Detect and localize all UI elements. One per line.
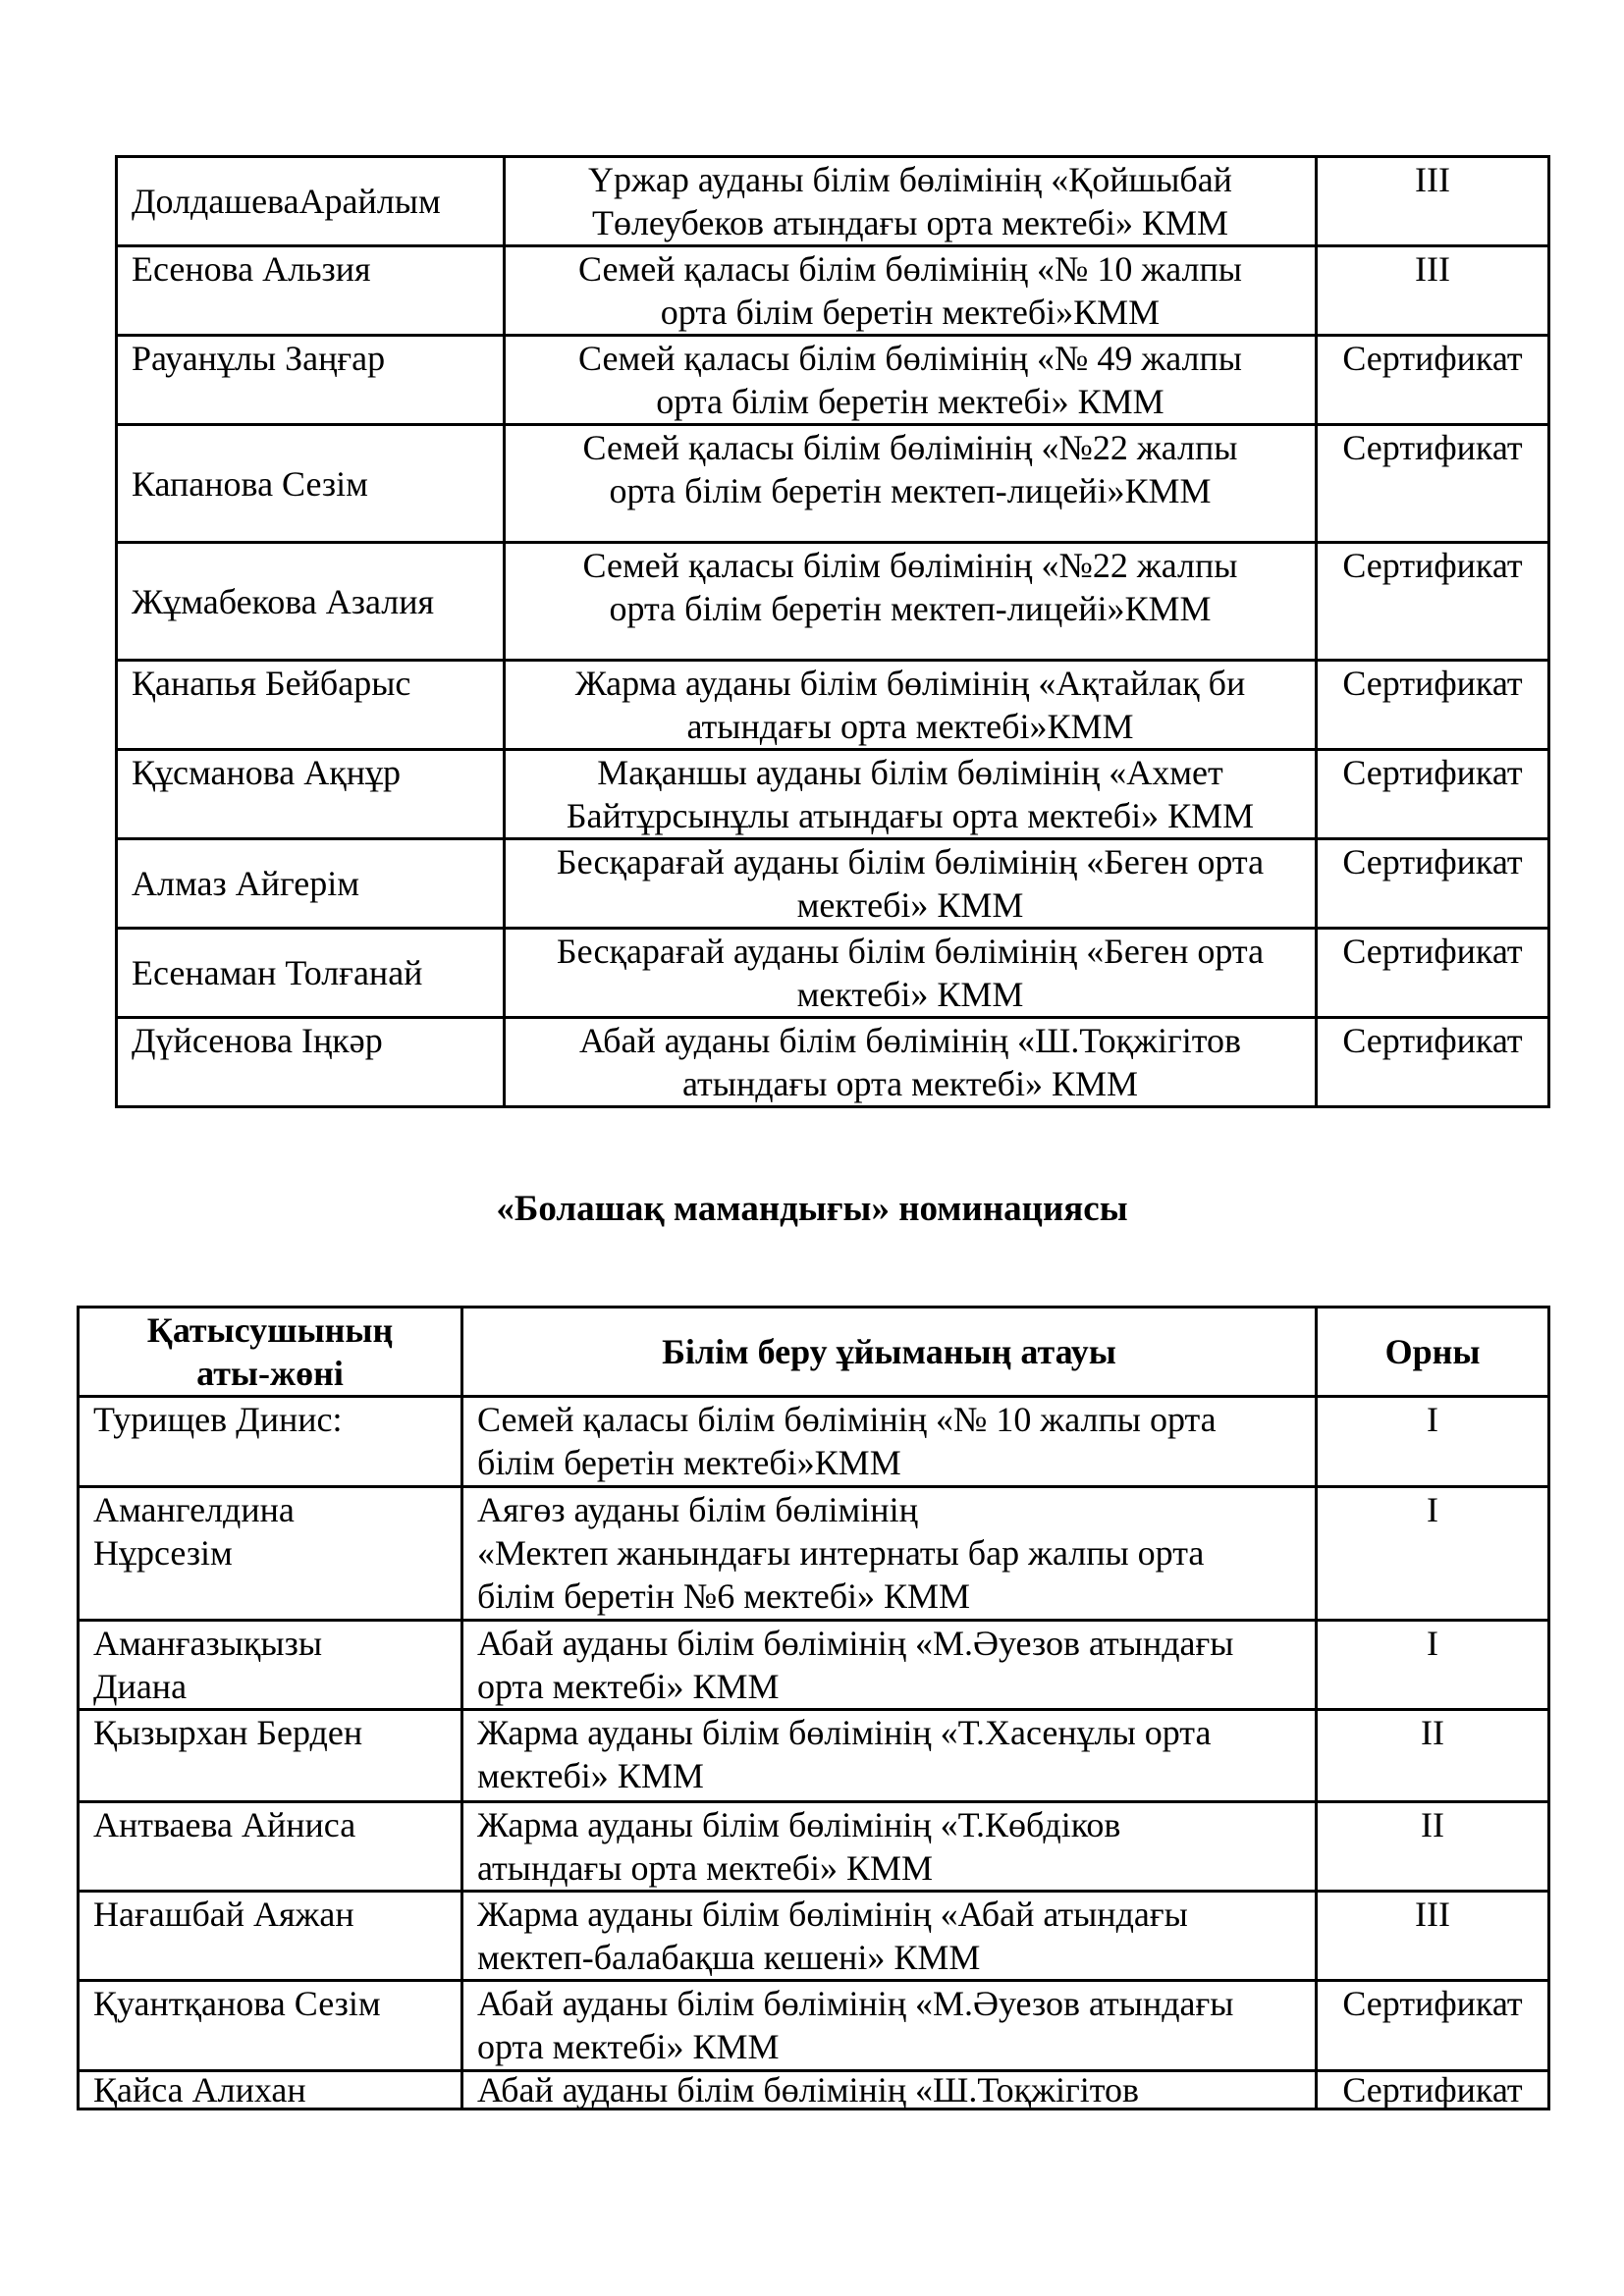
- place-value: II: [1317, 1710, 1549, 1802]
- organization-name: Семей қаласы білім бөлімінің «№ 10 жалпы…: [505, 246, 1317, 336]
- section-heading: «Болашақ мамандығы» номинациясы: [0, 1188, 1624, 1231]
- table-row: АмангелдинаНұрсезім Аягөз ауданы білім б…: [79, 1487, 1549, 1621]
- column-header-place: Орны: [1317, 1308, 1549, 1397]
- participant-name: Алмаз Айгерім: [117, 839, 505, 929]
- place-value: Сертификат: [1317, 425, 1549, 543]
- header-line: Қатысушының: [91, 1308, 449, 1352]
- organization-name: Бесқарағай ауданы білім бөлімінің «Беген…: [505, 929, 1317, 1018]
- organization-name: Жарма ауданы білім бөлімінің «Т.Хасенұлы…: [462, 1710, 1317, 1802]
- org-line: Абай ауданы білім бөлімінің «М.Әуезов ат…: [477, 1982, 1311, 2025]
- place-value: Сертификат: [1317, 661, 1549, 750]
- table-row: Қуантқанова Сезім Абай ауданы білім бөлі…: [79, 1981, 1549, 2071]
- place-value: Сертификат: [1317, 750, 1549, 839]
- org-line: Жарма ауданы білім бөлімінің «Абай атынд…: [477, 1893, 1311, 1936]
- org-line: Абай ауданы білім бөлімінің «М.Әуезов ат…: [477, 1622, 1311, 1665]
- org-line: Бесқарағай ауданы білім бөлімінің «Беген…: [512, 840, 1309, 883]
- org-line: атындағы орта мектебі» КММ: [512, 1062, 1309, 1105]
- organization-name: Жарма ауданы білім бөлімінің «Ақтайлақ б…: [505, 661, 1317, 750]
- name-line: Қызырхан Берден: [93, 1711, 449, 1754]
- org-line: мектебі» КММ: [512, 973, 1309, 1016]
- participant-name: Турищев Динис:: [79, 1397, 462, 1487]
- name-line: Қайса Алихан: [93, 2072, 449, 2108]
- place-value: III: [1317, 1892, 1549, 1981]
- org-line: Мақаншы ауданы білім бөлімінің «Ахмет: [512, 751, 1309, 794]
- name-line: Амангелдина: [93, 1488, 449, 1531]
- name-line: Диана: [93, 1665, 449, 1708]
- table-row: Қанапья Бейбарыс Жарма ауданы білім бөлі…: [117, 661, 1549, 750]
- org-line: Аягөз ауданы білім бөлімінің: [477, 1488, 1311, 1531]
- participant-name: Қайса Алихан: [79, 2071, 462, 2109]
- place-value: Сертификат: [1317, 839, 1549, 929]
- org-line: Семей қаласы білім бөлімінің «№ 10 жалпы: [512, 247, 1309, 291]
- table-row: Нағашбай Аяжан Жарма ауданы білім бөлімі…: [79, 1892, 1549, 1981]
- org-line: мектеп-балабақша кешені» КММ: [477, 1936, 1311, 1979]
- place-value: III: [1317, 246, 1549, 336]
- table-row: Қызырхан Берден Жарма ауданы білім бөлім…: [79, 1710, 1549, 1802]
- org-line: Семей қаласы білім бөлімінің «№ 49 жалпы: [512, 337, 1309, 380]
- results-table-continued: ДолдашеваАрайлым Үржар ауданы білім бөлі…: [115, 155, 1550, 1108]
- table-row: Есенаман Толғанай Бесқарағай ауданы білі…: [117, 929, 1549, 1018]
- name-line: Аманғазықызы: [93, 1622, 449, 1665]
- organization-name: Семей қаласы білім бөлімінің «№ 10 жалпы…: [462, 1397, 1317, 1487]
- participant-name: Қанапья Бейбарыс: [117, 661, 505, 750]
- place-value: Сертификат: [1317, 2071, 1549, 2109]
- org-line: білім беретін №6 мектебі» КММ: [477, 1575, 1311, 1618]
- organization-name: Семей қаласы білім бөлімінің «№22 жалпыо…: [505, 543, 1317, 661]
- participant-name: Антваева Айниса: [79, 1802, 462, 1892]
- organization-name: Мақаншы ауданы білім бөлімінің «АхметБай…: [505, 750, 1317, 839]
- name-line: Нұрсезім: [93, 1531, 449, 1575]
- organization-name: Семей қаласы білім бөлімінің «№ 49 жалпы…: [505, 336, 1317, 425]
- place-value: I: [1317, 1487, 1549, 1621]
- name-line: Антваева Айниса: [93, 1803, 449, 1846]
- name-line: Нағашбай Аяжан: [93, 1893, 449, 1936]
- table-row: АманғазықызыДиана Абай ауданы білім бөлі…: [79, 1621, 1549, 1710]
- place-value: I: [1317, 1621, 1549, 1710]
- place-value: I: [1317, 1397, 1549, 1487]
- org-line: білім беретін мектебі»КММ: [477, 1441, 1311, 1484]
- participant-name: Есенаман Толғанай: [117, 929, 505, 1018]
- org-line: Жарма ауданы білім бөлімінің «Ақтайлақ б…: [512, 662, 1309, 705]
- org-line: Үржар ауданы білім бөлімінің «Қойшыбай: [512, 158, 1309, 201]
- organization-name: Абай ауданы білім бөлімінің «М.Әуезов ат…: [462, 1621, 1317, 1710]
- organization-name: Жарма ауданы білім бөлімінің «Абай атынд…: [462, 1892, 1317, 1981]
- table-row: Алмаз Айгерім Бесқарағай ауданы білім бө…: [117, 839, 1549, 929]
- participant-name: АмангелдинаНұрсезім: [79, 1487, 462, 1621]
- organization-name: Аягөз ауданы білім бөлімінің«Мектеп жаны…: [462, 1487, 1317, 1621]
- org-line: Төлеубеков атындағы орта мектебі» КММ: [512, 201, 1309, 244]
- organization-name: Жарма ауданы білім бөлімінің «Т.Көбдіков…: [462, 1802, 1317, 1892]
- participant-name: АманғазықызыДиана: [79, 1621, 462, 1710]
- table-row: Дүйсенова Іңкәр Абай ауданы білім бөлімі…: [117, 1018, 1549, 1107]
- organization-name: Абай ауданы білім бөлімінің «Ш.Тоқжігіто…: [505, 1018, 1317, 1107]
- table-row: Капанова Сезім Семей қаласы білім бөлімі…: [117, 425, 1549, 543]
- organization-name: Абай ауданы білім бөлімінің «Ш.Тоқжігіто…: [462, 2071, 1317, 2109]
- participant-name: Рауанұлы Заңғар: [117, 336, 505, 425]
- place-value: III: [1317, 157, 1549, 246]
- nomination-results-table: Қатысушыныңаты-жөні Білім беру ұйыманың …: [77, 1306, 1550, 2110]
- participant-name: Қызырхан Берден: [79, 1710, 462, 1802]
- org-line: орта мектебі» КММ: [477, 1665, 1311, 1708]
- org-line: Абай ауданы білім бөлімінің «Ш.Тоқжігіто…: [512, 1019, 1309, 1062]
- table-row: Жұмабекова Азалия Семей қаласы білім бөл…: [117, 543, 1549, 661]
- participant-name: Қуантқанова Сезім: [79, 1981, 462, 2071]
- table-row: Құсманова Ақнұр Мақаншы ауданы білім бөл…: [117, 750, 1549, 839]
- org-line: мектебі» КММ: [477, 1754, 1311, 1797]
- participant-name: ДолдашеваАрайлым: [117, 157, 505, 246]
- column-header-organization: Білім беру ұйыманың атауы: [462, 1308, 1317, 1397]
- place-value: Сертификат: [1317, 336, 1549, 425]
- org-line: орта білім беретін мектеп-лицейі»КММ: [512, 587, 1309, 630]
- place-value: Сертификат: [1317, 1018, 1549, 1107]
- header-line: аты-жөні: [91, 1352, 449, 1395]
- name-line: Қуантқанова Сезім: [93, 1982, 449, 2025]
- org-line: «Мектеп жанындағы интернаты бар жалпы ор…: [477, 1531, 1311, 1575]
- organization-name: Үржар ауданы білім бөлімінің «ҚойшыбайТө…: [505, 157, 1317, 246]
- participant-name: Есенова Альзия: [117, 246, 505, 336]
- participant-name: Құсманова Ақнұр: [117, 750, 505, 839]
- place-value: Сертификат: [1317, 1981, 1549, 2071]
- organization-name: Бесқарағай ауданы білім бөлімінің «Беген…: [505, 839, 1317, 929]
- org-line: орта білім беретін мектебі» КММ: [512, 380, 1309, 423]
- org-line: Байтұрсынұлы атындағы орта мектебі» КММ: [512, 794, 1309, 837]
- organization-name: Абай ауданы білім бөлімінің «М.Әуезов ат…: [462, 1981, 1317, 2071]
- table-row: Қайса Алихан Абай ауданы білім бөлімінің…: [79, 2071, 1549, 2109]
- org-line: атындағы орта мектебі» КММ: [477, 1846, 1311, 1890]
- participant-name: Дүйсенова Іңкәр: [117, 1018, 505, 1107]
- name-line: Турищев Динис:: [93, 1398, 449, 1441]
- org-line: Семей қаласы білім бөлімінің «№22 жалпы: [512, 426, 1309, 469]
- table-row: Антваева Айниса Жарма ауданы білім бөлім…: [79, 1802, 1549, 1892]
- org-line: Жарма ауданы білім бөлімінің «Т.Көбдіков: [477, 1803, 1311, 1846]
- org-line: орта білім беретін мектеп-лицейі»КММ: [512, 469, 1309, 512]
- participant-name: Жұмабекова Азалия: [117, 543, 505, 661]
- org-line: Семей қаласы білім бөлімінің «№22 жалпы: [512, 544, 1309, 587]
- org-line: Абай ауданы білім бөлімінің «Ш.Тоқжігіто…: [477, 2072, 1311, 2108]
- place-value: Сертификат: [1317, 543, 1549, 661]
- column-header-participant: Қатысушыныңаты-жөні: [79, 1308, 462, 1397]
- table-row: ДолдашеваАрайлым Үржар ауданы білім бөлі…: [117, 157, 1549, 246]
- table-row: Есенова Альзия Семей қаласы білім бөлімі…: [117, 246, 1549, 336]
- place-value: Сертификат: [1317, 929, 1549, 1018]
- org-line: орта білім беретін мектебі»КММ: [512, 291, 1309, 334]
- org-line: Семей қаласы білім бөлімінің «№ 10 жалпы…: [477, 1398, 1311, 1441]
- org-line: орта мектебі» КММ: [477, 2025, 1311, 2068]
- table-row: Рауанұлы Заңғар Семей қаласы білім бөлім…: [117, 336, 1549, 425]
- org-line: атындағы орта мектебі»КММ: [512, 705, 1309, 748]
- table-header-row: Қатысушыныңаты-жөні Білім беру ұйыманың …: [79, 1308, 1549, 1397]
- org-line: Жарма ауданы білім бөлімінің «Т.Хасенұлы…: [477, 1711, 1311, 1754]
- org-line: мектебі» КММ: [512, 883, 1309, 927]
- place-value: II: [1317, 1802, 1549, 1892]
- table-row: Турищев Динис: Семей қаласы білім бөлімі…: [79, 1397, 1549, 1487]
- participant-name: Нағашбай Аяжан: [79, 1892, 462, 1981]
- participant-name: Капанова Сезім: [117, 425, 505, 543]
- organization-name: Семей қаласы білім бөлімінің «№22 жалпыо…: [505, 425, 1317, 543]
- org-line: Бесқарағай ауданы білім бөлімінің «Беген…: [512, 930, 1309, 973]
